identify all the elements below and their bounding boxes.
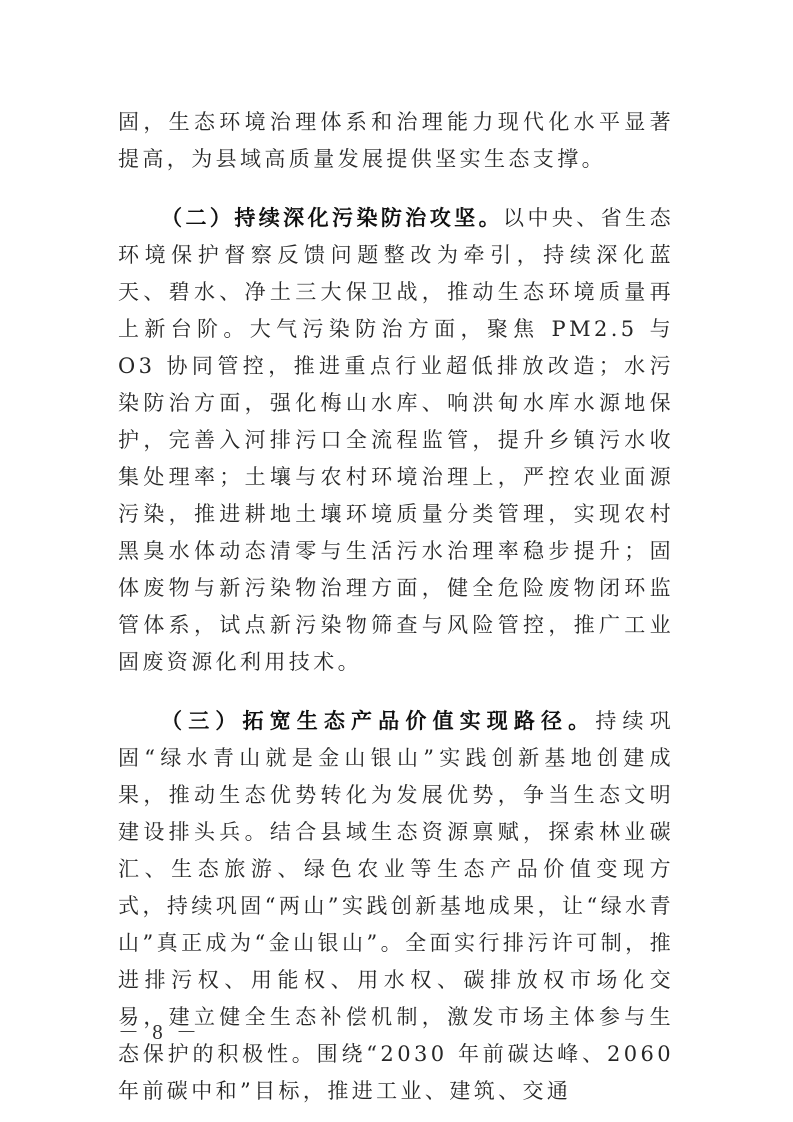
paragraph-body: 以中央、省生态环境保护督察反馈问题整改为牵引，持续深化蓝天、碧水、净土三大保卫战… [118, 206, 674, 674]
section-heading-2: （二）持续深化污染防治攻坚。 [161, 205, 503, 230]
paragraph-continuation: 固，生态环境治理体系和治理能力现代化水平显著提高，为县域高质量发展提供坚实生态支… [118, 104, 674, 178]
paragraph-section-2: （二）持续深化污染防治攻坚。以中央、省生态环境保护督察反馈问题整改为牵引，持续深… [118, 199, 674, 681]
paragraph-body: 固，生态环境治理体系和治理能力现代化水平显著提高，为县域高质量发展提供坚实生态支… [118, 110, 674, 171]
text-column: 固，生态环境治理体系和治理能力现代化水平显著提高，为县域高质量发展提供坚实生态支… [118, 104, 674, 1110]
section-heading-3: （三）拓宽生态产品价值实现路径。 [161, 708, 595, 733]
paragraph-section-3: （三）拓宽生态产品价值实现路径。持续巩固“绿水青山就是金山银山”实践创新基地创建… [118, 702, 674, 1110]
paragraph-body: 持续巩固“绿水青山就是金山银山”实践创新基地创建成果，推动生态优势转化为发展优势… [118, 709, 674, 1103]
document-page: 固，生态环境治理体系和治理能力现代化水平显著提高，为县域高质量发展提供坚实生态支… [0, 0, 793, 1122]
page-number: － 8 － [118, 1016, 201, 1046]
